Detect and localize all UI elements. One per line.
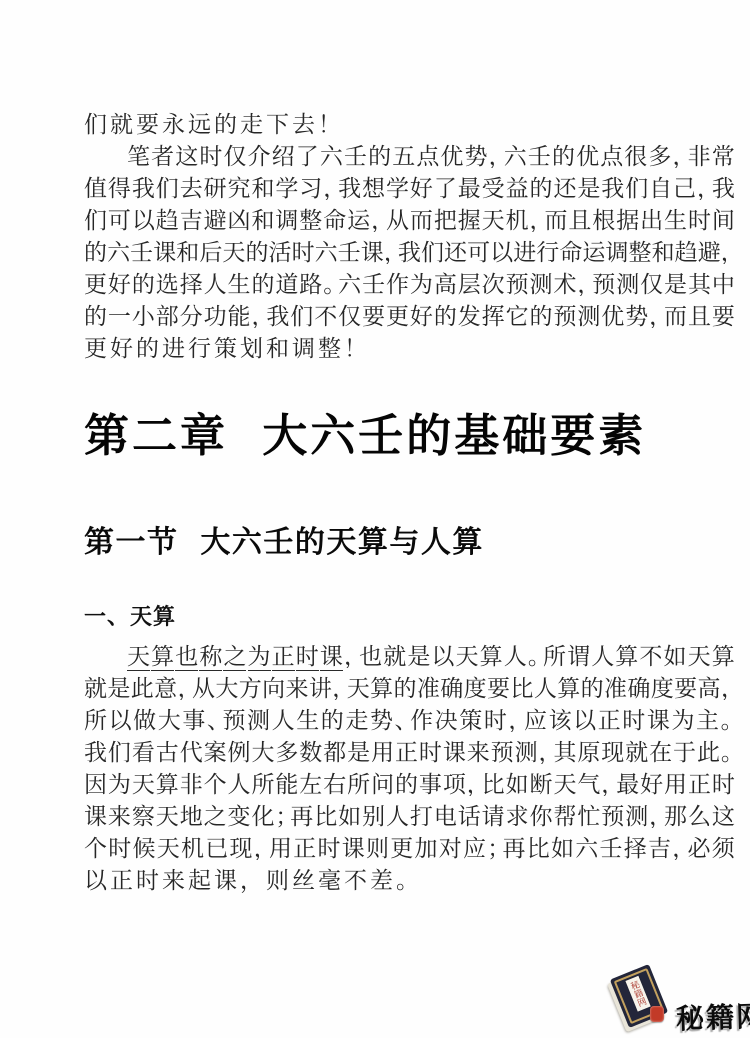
text-line: 更好的选择人生的道路。六壬作为高层次预测术，预测仅是其中 bbox=[84, 268, 735, 300]
text-line: 的六壬课和后天的活时六壬课，我们还可以进行命运调整和趋避， bbox=[84, 236, 735, 268]
subsection-heading: 一、天算 bbox=[84, 602, 176, 632]
text-line: 天算也称之为正时课，也就是以天算人。所谓人算不如天算 bbox=[84, 640, 735, 672]
text-line: 们就要永远的走下去！ bbox=[84, 108, 735, 140]
text-line: 所以做大事、预测人生的走势、作决策时，应该以正时课为主。 bbox=[84, 704, 735, 736]
paragraph-tiansuan: 天算也称之为正时课，也就是以天算人。所谓人算不如天算就是此意，从大方向来讲，天算… bbox=[84, 640, 735, 896]
text-line: 以正时来起课，则丝毫不差。 bbox=[84, 864, 735, 896]
watermark-site-name: 秘籍网 bbox=[675, 994, 750, 1037]
paragraph-opening: 们就要永远的走下去！笔者这时仅介绍了六壬的五点优势，六壬的优点很多，非常值得我们… bbox=[84, 108, 735, 364]
text-line: 值得我们去研究和学习，我想学好了最受益的还是我们自己，我 bbox=[84, 172, 735, 204]
document-page: 们就要永远的走下去！笔者这时仅介绍了六壬的五点优势，六壬的优点很多，非常值得我们… bbox=[0, 0, 750, 1038]
text-line: 就是此意，从大方向来讲，天算的准确度要比人算的准确度要高， bbox=[84, 672, 735, 704]
text-line: 课来察天地之变化；再比如别人打电话请求你帮忙预测，那么这 bbox=[84, 800, 735, 832]
text-line: 更好的进行策划和调整！ bbox=[84, 332, 735, 364]
text-line: 个时候天机已现，用正时课则更加对应；再比如六壬择吉，必须 bbox=[84, 832, 735, 864]
text-line: 的一小部分功能，我们不仅要更好的发挥它的预测优势，而且要 bbox=[84, 300, 735, 332]
text-line: 因为天算非个人所能左右所问的事项，比如断天气，最好用正时 bbox=[84, 768, 735, 800]
watermark-logo: 秘籍网 秘籍网 bbox=[610, 964, 750, 1036]
text-line: 我们看古代案例大多数都是用正时课来预测，其原现就在于此。 bbox=[84, 736, 735, 768]
section-heading: 第一节 大六壬的天算与人算 bbox=[84, 524, 484, 562]
text-line: 们可以趋吉避凶和调整命运，从而把握天机，而且根据出生时间 bbox=[84, 204, 735, 236]
chapter-heading: 第二章 大六壬的基础要素 bbox=[84, 408, 646, 464]
seal-icon bbox=[650, 1006, 664, 1022]
text-line: 笔者这时仅介绍了六壬的五点优势，六壬的优点很多，非常 bbox=[84, 140, 735, 172]
